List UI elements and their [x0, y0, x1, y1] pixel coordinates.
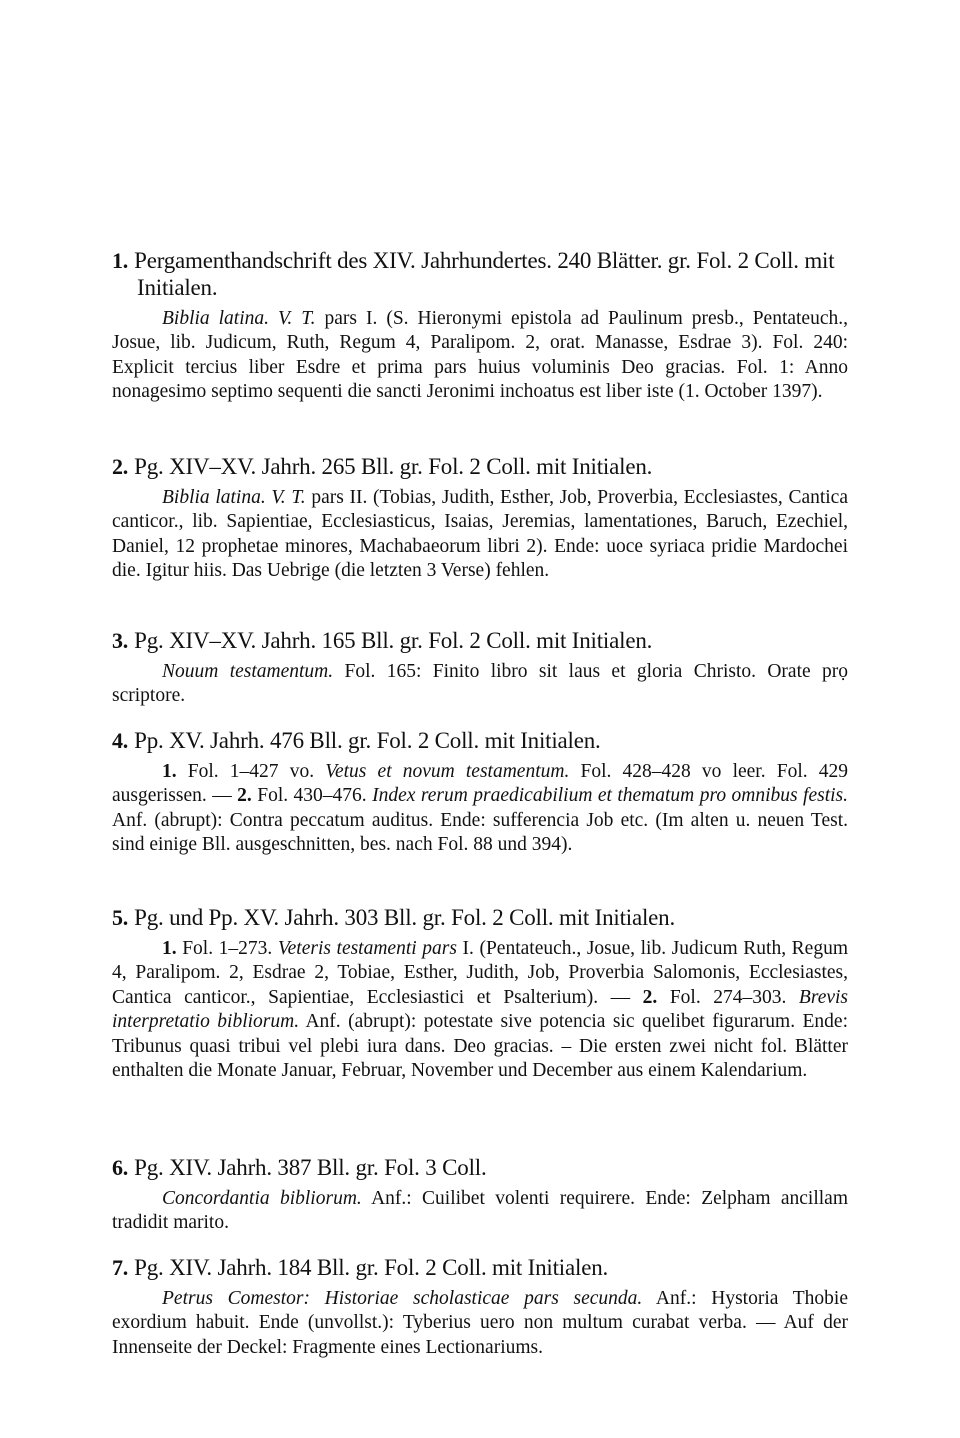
entry-heading: 6.Pg. XIV. Jahrh. 387 Bll. gr. Fol. 3 Co… — [112, 1154, 848, 1181]
entry-description: Biblia latina. V. T. pars I. (S. Hierony… — [112, 307, 848, 405]
entry-heading: 7.Pg. XIV. Jahrh. 184 Bll. gr. Fol. 2 Co… — [112, 1254, 848, 1281]
work-title: Petrus Comestor: Historiae scholasticae … — [162, 1288, 642, 1309]
entry-heading: 5.Pg. und Pp. XV. Jahrh. 303 Bll. gr. Fo… — [112, 904, 848, 931]
entry-heading-text: Pg. XIV–XV. Jahrh. 265 Bll. gr. Fol. 2 C… — [134, 454, 652, 479]
part-number: 2. — [237, 785, 252, 806]
work-title: Index rerum praedicabilium et thematum p… — [372, 785, 848, 806]
entry-number: 5. — [112, 905, 128, 930]
part-number: 1. — [162, 761, 177, 782]
entry-number: 3. — [112, 628, 128, 653]
catalog-entry-5: 5.Pg. und Pp. XV. Jahrh. 303 Bll. gr. Fo… — [112, 904, 848, 1083]
entry-number: 1. — [112, 248, 128, 273]
entry-number: 2. — [112, 454, 128, 479]
entry-number: 7. — [112, 1255, 128, 1280]
entry-heading: 3.Pg. XIV–XV. Jahrh. 165 Bll. gr. Fol. 2… — [112, 627, 848, 654]
work-title: Concordantia bibliorum. — [162, 1188, 362, 1209]
entry-number: 6. — [112, 1155, 128, 1180]
work-title: Biblia latina. V. T. — [162, 308, 316, 329]
entry-heading: 4.Pp. XV. Jahrh. 476 Bll. gr. Fol. 2 Col… — [112, 727, 848, 754]
description-text: Fol. 1–273. — [177, 938, 278, 959]
entry-heading: 1.Pergamenthandschrift des XIV. Jahrhund… — [112, 247, 848, 301]
work-title: Nouum testamentum. — [162, 661, 333, 682]
catalog-entry-2: 2.Pg. XIV–XV. Jahrh. 265 Bll. gr. Fol. 2… — [112, 453, 848, 584]
work-title: Vetus et novum testamentum. — [325, 761, 569, 782]
entry-description: Biblia latina. V. T. pars II. (Tobias, J… — [112, 486, 848, 584]
catalog-entry-6: 6.Pg. XIV. Jahrh. 387 Bll. gr. Fol. 3 Co… — [112, 1154, 848, 1236]
entry-description: Nouum testamentum. Fol. 165: Finito libr… — [112, 660, 848, 709]
description-text: Fol. 1–427 vo. — [177, 761, 326, 782]
entry-heading-text: Pg. XIV. Jahrh. 387 Bll. gr. Fol. 3 Coll… — [134, 1155, 486, 1180]
entry-description: 1. Fol. 1–427 vo. Vetus et novum testame… — [112, 760, 848, 858]
entry-description: Concordantia bibliorum. Anf.: Cuilibet v… — [112, 1187, 848, 1236]
description-text: Anf. (abrupt): Contra peccatum auditus. … — [112, 810, 848, 855]
entry-heading-text: Pg. XIV–XV. Jahrh. 165 Bll. gr. Fol. 2 C… — [134, 628, 652, 653]
catalog-entry-1: 1.Pergamenthandschrift des XIV. Jahrhund… — [112, 247, 848, 405]
entry-number: 4. — [112, 728, 128, 753]
catalog-entry-4: 4.Pp. XV. Jahrh. 476 Bll. gr. Fol. 2 Col… — [112, 727, 848, 858]
entry-description: Petrus Comestor: Historiae scholasticae … — [112, 1287, 848, 1360]
entry-heading: 2.Pg. XIV–XV. Jahrh. 265 Bll. gr. Fol. 2… — [112, 453, 848, 480]
catalog-entry-3: 3.Pg. XIV–XV. Jahrh. 165 Bll. gr. Fol. 2… — [112, 627, 848, 709]
catalog-entry-7: 7.Pg. XIV. Jahrh. 184 Bll. gr. Fol. 2 Co… — [112, 1254, 848, 1360]
entry-heading-text: Pp. XV. Jahrh. 476 Bll. gr. Fol. 2 Coll.… — [134, 728, 601, 753]
entry-heading-text: Pg. XIV. Jahrh. 184 Bll. gr. Fol. 2 Coll… — [134, 1255, 608, 1280]
entry-description: 1. Fol. 1–273. Veteris testamenti pars I… — [112, 937, 848, 1083]
entry-heading-text: Pergamenthandschrift des XIV. Jahrhunder… — [134, 248, 834, 300]
part-number: 2. — [643, 987, 658, 1008]
work-title: Biblia latina. V. T. — [162, 487, 306, 508]
description-text: Fol. 274–303. — [657, 987, 799, 1008]
part-number: 1. — [162, 938, 177, 959]
work-title: Veteris testamenti pars — [278, 938, 457, 959]
description-text: Fol. 430–476. — [252, 785, 372, 806]
entry-heading-text: Pg. und Pp. XV. Jahrh. 303 Bll. gr. Fol.… — [134, 905, 675, 930]
